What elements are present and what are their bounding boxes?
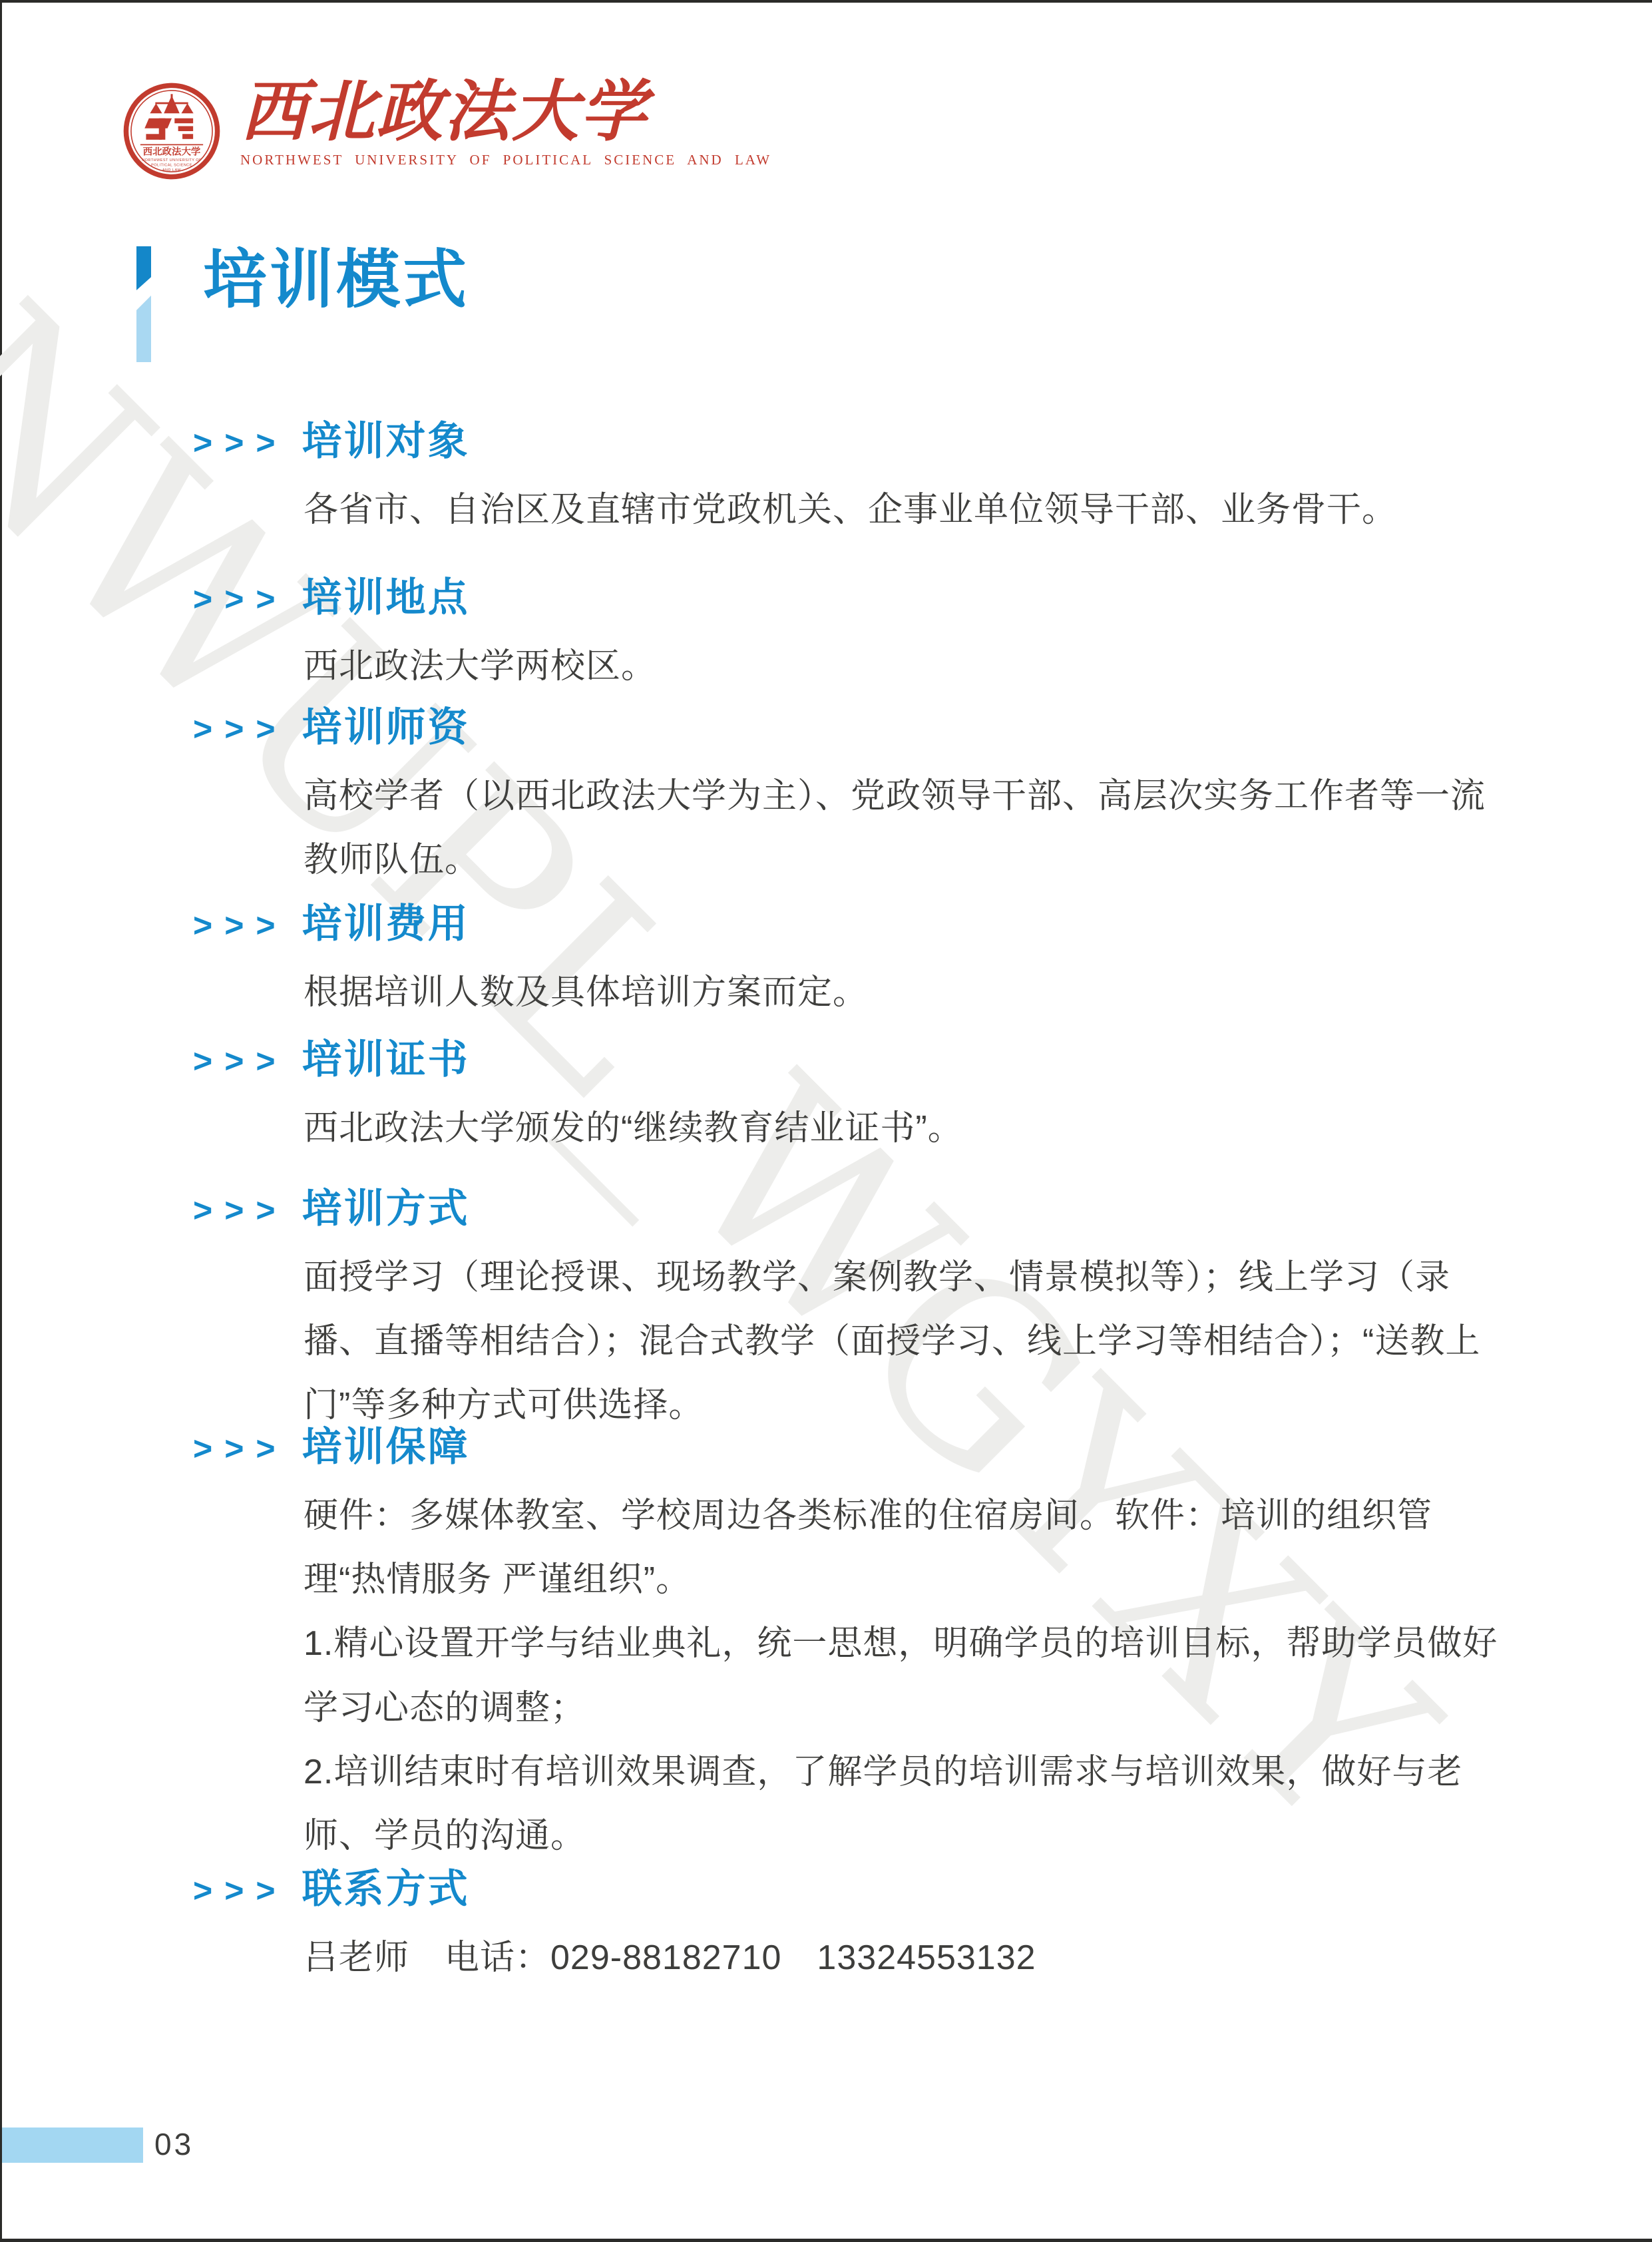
training-section: >>> 培训地点 西北政法大学两校区。 [193, 572, 1499, 698]
university-name-cn: 西北政法大学 [240, 75, 771, 148]
title-accent-bar-dark [136, 246, 151, 290]
chevron-marker-icon: >>> [193, 426, 288, 459]
seal-name-en-1: NORTHWEST UNIVERSITY OF [142, 158, 202, 162]
training-section: >>> 培训费用 根据培训人数及具体培训方案而定。 [193, 899, 1499, 1024]
seal-name-en-2: POLITICAL SCIENCE [151, 164, 192, 168]
section-paragraph: 高校学者（以西北政法大学为主）、党政领导干部、高层次实务工作者等一流教师队伍。 [304, 764, 1499, 892]
section-paragraph: 面授学习（理论授课、现场教学、案例教学、情景模拟等）；线上学习（录播、直播等相结… [304, 1245, 1499, 1438]
section-paragraph: 2.培训结束时有培训效果调查，了解学员的培训需求与培训效果，做好与老师、学员的沟… [304, 1740, 1499, 1868]
section-paragraph: 西北政法大学颁发的“继续教育结业证书”。 [304, 1096, 1499, 1160]
section-header: >>> 培训对象 [193, 416, 1499, 466]
university-name-en: NORTHWEST UNIVERSITY OF POLITICAL SCIENC… [240, 152, 771, 168]
chevron-marker-icon: >>> [193, 1874, 288, 1907]
university-wordmark: 西北政法大学 NORTHWEST UNIVERSITY OF POLITICAL… [240, 75, 771, 168]
section-paragraph: 西北政法大学两校区。 [304, 634, 1499, 698]
page-title: 培训模式 [203, 245, 469, 316]
page-title-block: 培训模式 [136, 245, 469, 316]
seal-name-cn: 西北政法大学 [143, 145, 201, 157]
section-label: 培训师资 [302, 702, 470, 752]
section-header: >>> 培训保障 [193, 1422, 1499, 1472]
brochure-page: NWUPL_WGYXY 西北政法大学 [0, 0, 1652, 2242]
title-accent-bar [136, 246, 151, 361]
section-header: >>> 培训费用 [193, 899, 1499, 949]
section-label: 培训方式 [302, 1184, 470, 1233]
training-section: >>> 培训保障 硬件：多媒体教室、学校周边各类标准的住宿房间。软件：培训的组织… [193, 1422, 1499, 1868]
section-label: 培训证书 [302, 1034, 470, 1084]
section-header: >>> 联系方式 [193, 1864, 1499, 1914]
section-paragraph: 1.精心设置开学与结业典礼，统一思想，明确学员的培训目标，帮助学员做好学习心态的… [304, 1612, 1499, 1739]
chevron-marker-icon: >>> [193, 712, 288, 746]
page-border-bottom [0, 2239, 1652, 2242]
chevron-marker-icon: >>> [193, 909, 288, 942]
section-header: >>> 培训师资 [193, 702, 1499, 752]
title-accent-bar-light [136, 296, 151, 362]
section-header: >>> 培训地点 [193, 572, 1499, 622]
seal-name-en-3: AND LAW [162, 168, 181, 172]
section-label: 培训对象 [302, 416, 470, 466]
section-header: >>> 培训方式 [193, 1184, 1499, 1233]
training-section: >>> 培训证书 西北政法大学颁发的“继续教育结业证书”。 [193, 1034, 1499, 1160]
university-seal-icon: 西北政法大学 NORTHWEST UNIVERSITY OF POLITICAL… [122, 81, 222, 181]
section-paragraph: 吕老师 电话：029-88182710 13324553132 [304, 1926, 1499, 1990]
section-header: >>> 培训证书 [193, 1034, 1499, 1084]
page-number: 03 [154, 2126, 194, 2162]
section-label: 培训保障 [302, 1422, 470, 1472]
training-section: >>> 培训方式 面授学习（理论授课、现场教学、案例教学、情景模拟等）；线上学习… [193, 1184, 1499, 1438]
scales-icon [150, 94, 193, 113]
chevron-marker-icon: >>> [193, 1044, 288, 1078]
section-label: 培训费用 [302, 899, 470, 949]
section-label: 培训地点 [302, 572, 470, 622]
section-paragraph: 根据培训人数及具体培训方案而定。 [304, 961, 1499, 1024]
footer-accent-bar [2, 2128, 143, 2163]
training-section: >>> 联系方式 吕老师 电话：029-88182710 13324553132 [193, 1864, 1499, 1990]
training-section: >>> 培训对象 各省市、自治区及直辖市党政机关、企事业单位领导干部、业务骨干。 [193, 416, 1499, 542]
training-section: >>> 培训师资 高校学者（以西北政法大学为主）、党政领导干部、高层次实务工作者… [193, 702, 1499, 892]
page-border-top [0, 0, 1652, 3]
emblem-monogram [144, 118, 193, 140]
section-paragraph: 硬件：多媒体教室、学校周边各类标准的住宿房间。软件：培训的组织管理“热情服务 严… [304, 1484, 1499, 1612]
chevron-marker-icon: >>> [193, 1432, 288, 1465]
section-label: 联系方式 [302, 1864, 470, 1914]
section-paragraph: 各省市、自治区及直辖市党政机关、企事业单位领导干部、业务骨干。 [304, 478, 1499, 542]
chevron-marker-icon: >>> [193, 1194, 288, 1227]
chevron-marker-icon: >>> [193, 582, 288, 616]
university-logo: 西北政法大学 NORTHWEST UNIVERSITY OF POLITICAL… [122, 75, 771, 181]
